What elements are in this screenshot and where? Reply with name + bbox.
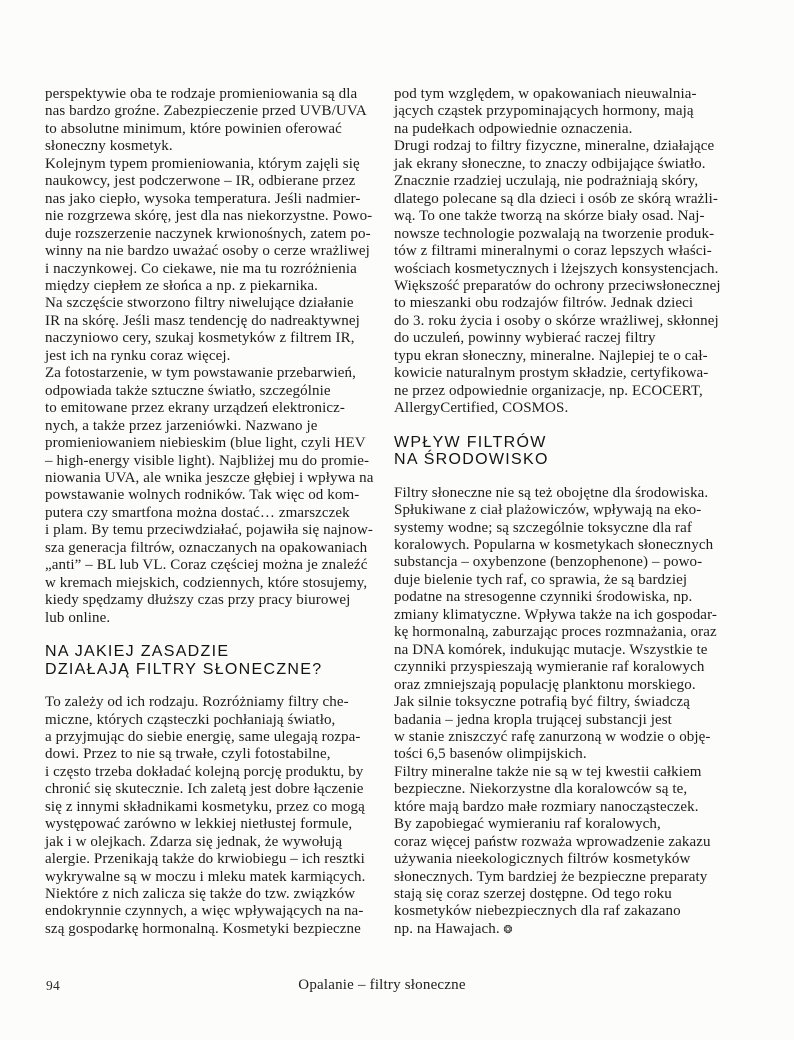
body-text-line: nych, a także przez jarzeniówki. Nazwano… — [45, 418, 393, 435]
section-heading: WPŁYW FILTRÓWNA ŚRODOWISKO — [394, 434, 762, 469]
body-text-line: Znacznie rzadziej uczulają, nie podrażni… — [394, 173, 762, 190]
body-text-line: jak ekrany słoneczne, to znaczy odbijają… — [394, 156, 762, 173]
body-text-line: Filtry słoneczne nie są też obojętne dla… — [394, 485, 762, 502]
body-text-line: wościach kosmetycznych i lżejszych konsy… — [394, 261, 762, 278]
body-text-line: i naczynkowej. Co ciekawe, nie ma tu roz… — [45, 261, 393, 278]
body-text-line: ne przez odpowiednie organizacje, np. EC… — [394, 383, 762, 400]
body-text-line: chronić się skutecznie. Ich zaletą jest … — [45, 781, 393, 798]
body-text-line: By zapobiegać wymieraniu raf koralowych, — [394, 816, 762, 833]
body-text-line: to mieszanki obu rodzajów filtrów. Jedna… — [394, 295, 762, 312]
body-text-line: niowania UVA, ale wnika jeszcze głębiej … — [45, 470, 393, 487]
paragraph: To zależy od ich rodzaju. Rozróżniamy fi… — [45, 694, 393, 938]
body-text-line: to absolutne minimum, które powinien ofe… — [45, 121, 393, 138]
body-text-line: stają się coraz szerzej dostępne. Od teg… — [394, 886, 762, 903]
body-text-line: to emitowane przez ekrany urządzeń elekt… — [45, 400, 393, 417]
body-text-line: na DNA komórek, indukując mutacje. Wszys… — [394, 642, 762, 659]
right-column: pod tym względem, w opakowaniach nieuwal… — [394, 86, 762, 938]
body-text-line: kosmetyków niebezpiecznych dla raf zakaz… — [394, 903, 762, 920]
end-of-article-icon: ❂ — [500, 923, 513, 936]
paragraph: perspektywie oba te rodzaje promieniowan… — [45, 86, 393, 627]
body-text-line: Jak silnie toksyczne potrafią być filtry… — [394, 694, 762, 711]
body-text-line: Filtry mineralne także nie są w tej kwes… — [394, 764, 762, 781]
body-text-line: podatne na stresogenne czynniki środowis… — [394, 589, 762, 606]
body-text-line: między ciepłem ze słońca a np. z piekarn… — [45, 278, 393, 295]
body-text-line: nas bardzo groźne. Zabezpieczenie przed … — [45, 103, 393, 120]
body-text-line: endokrynnie czynnych, a więc wpływającyc… — [45, 903, 393, 920]
body-text-line: badania – jedna kropla trującej substanc… — [394, 712, 762, 729]
body-text-line: pod tym względem, w opakowaniach nieuwal… — [394, 86, 762, 103]
body-text-line: i często trzeba dokładać kolejną porcję … — [45, 764, 393, 781]
paragraph: Filtry słoneczne nie są też obojętne dla… — [394, 485, 762, 939]
left-column: perspektywie oba te rodzaje promieniowan… — [45, 86, 393, 938]
body-text-line: AllergyCertified, COSMOS. — [394, 400, 762, 417]
body-text-line: nowsze technologie pozwalają na tworzeni… — [394, 226, 762, 243]
body-text-line: słonecznych. Tym bardziej że bezpieczne … — [394, 869, 762, 886]
section-heading: NA JAKIEJ ZASADZIEDZIAŁAJĄ FILTRY SŁONEC… — [45, 643, 393, 678]
body-text-line: które mają bardzo małe rozmiary nanocząs… — [394, 799, 762, 816]
body-text-line: tów z filtrami mineralnymi o coraz lepsz… — [394, 243, 762, 260]
body-text-line: wykrywalne są w moczu i mleku matek karm… — [45, 869, 393, 886]
body-text-line: i plam. By temu przeciwdziałać, pojawiła… — [45, 522, 393, 539]
body-text-line: jest ich na rynku coraz więcej. — [45, 348, 393, 365]
body-text-line: odpowiada także sztuczne światło, szczeg… — [45, 383, 393, 400]
section-heading-line: NA ŚRODOWISKO — [394, 451, 762, 469]
section-heading-line: NA JAKIEJ ZASADZIE — [45, 643, 393, 661]
body-text-line: nas jako ciepło, wysoka temperatura. Jeś… — [45, 191, 393, 208]
body-text-line: Drugi rodzaj to filtry fizyczne, mineral… — [394, 138, 762, 155]
body-text-line: Większość preparatów do ochrony przeciws… — [394, 278, 762, 295]
body-text-line: „anti” – BL lub VL. Coraz częściej można… — [45, 557, 393, 574]
body-text-line: czynniki przyspieszają wymieranie raf ko… — [394, 659, 762, 676]
body-text-line: duje rozszerzenie naczynek krwionośnych,… — [45, 226, 393, 243]
body-text-line: jących cząstek przypominających hormony,… — [394, 103, 762, 120]
body-text-line: substancja – oxybenzone (benzophenone) –… — [394, 554, 762, 571]
body-text-line: – high-energy visible light). Najbliżej … — [45, 453, 393, 470]
section-heading-line: WPŁYW FILTRÓW — [394, 434, 762, 452]
body-text-line: jak i w olejkach. Zdarza się jednak, że … — [45, 834, 393, 851]
body-text-line: duje bielenie tych raf, co sprawia, że s… — [394, 572, 762, 589]
body-text-line: wą. To one także tworzą na skórze biały … — [394, 208, 762, 225]
footer-section-title: Opalanie – filtry słoneczne — [0, 977, 764, 994]
body-text-line: naukowcy, jest podczerwone – IR, odbiera… — [45, 173, 393, 190]
body-text-line: kę hormonalną, zaburzając proces rozmnaż… — [394, 624, 762, 641]
body-text-line: alergie. Przenikają także do krwiobiegu … — [45, 851, 393, 868]
body-text-line: w kremach miejskich, codziennych, które … — [45, 575, 393, 592]
body-text-line: Za fotostarzenie, w tym powstawanie prze… — [45, 365, 393, 382]
body-text-line: do 3. roku życia i osoby o skórze wrażli… — [394, 313, 762, 330]
body-text-line: tości 6,5 basenów olimpijskich. — [394, 746, 762, 763]
body-text-line: promieniowaniem niebieskim (blue light, … — [45, 435, 393, 452]
paragraph: pod tym względem, w opakowaniach nieuwal… — [394, 86, 762, 418]
body-text-line: miczne, których cząsteczki pochłaniają ś… — [45, 712, 393, 729]
body-text-line: lub online. — [45, 610, 393, 627]
body-text-line: np. na Hawajach. ❂ — [394, 921, 762, 938]
body-text-line: zmiany klimatyczne. Wpływa także na ich … — [394, 607, 762, 624]
body-text-line: się z innymi składnikami kosmetyku, prze… — [45, 799, 393, 816]
body-text-line: powstawanie wolnych rodników. Tak więc o… — [45, 487, 393, 504]
body-text-line: perspektywie oba te rodzaje promieniowan… — [45, 86, 393, 103]
body-text-line: oraz zmniejszają populację planktonu mor… — [394, 677, 762, 694]
body-text-line: coraz więcej państw rozważa wprowadzenie… — [394, 834, 762, 851]
body-text-line: a przyjmując do siebie energię, same ule… — [45, 729, 393, 746]
body-text-line: słoneczny kosmetyk. — [45, 138, 393, 155]
body-text-line: putera czy smartfona można dostać… zmars… — [45, 505, 393, 522]
body-text-line: występować zarówno w lekkiej nietłustej … — [45, 816, 393, 833]
body-text-line: Na szczęście stworzono filtry niwelujące… — [45, 295, 393, 312]
body-text-line: Kolejnym typem promieniowania, którym za… — [45, 156, 393, 173]
body-text-line: systemy wodne; są szczególnie toksyczne … — [394, 520, 762, 537]
body-text-line: Niektóre z nich zalicza się także do tzw… — [45, 886, 393, 903]
body-text-line: sza generacja filtrów, oznaczanych na op… — [45, 540, 393, 557]
body-text-line: To zależy od ich rodzaju. Rozróżniamy fi… — [45, 694, 393, 711]
body-text-line: nie rozgrzewa skórę, jest dla nas niekor… — [45, 208, 393, 225]
magazine-page: perspektywie oba te rodzaje promieniowan… — [0, 0, 794, 1040]
body-text-line: IR na skórę. Jeśli masz tendencję do nad… — [45, 313, 393, 330]
body-text-line: dowi. Przez to nie są trwałe, czyli foto… — [45, 746, 393, 763]
body-text-line: typu ekran słoneczny, mineralne. Najlepi… — [394, 348, 762, 365]
body-text-line: koralowych. Popularna w kosmetykach słon… — [394, 537, 762, 554]
body-text-line: kiedy spędzamy dłuższy czas przy pracy b… — [45, 592, 393, 609]
body-text-line: Spłukiwane z ciał plażowiczów, wpływają … — [394, 502, 762, 519]
body-text-line: winny na nie bardzo uważać osoby o cerze… — [45, 243, 393, 260]
body-text-line: używania nieekologicznych filtrów kosmet… — [394, 851, 762, 868]
body-text-line: szą gospodarkę hormonalną. Kosmetyki bez… — [45, 921, 393, 938]
body-text-line: kowicie naturalnym prostym składzie, cer… — [394, 365, 762, 382]
body-text-line: naczyniowo cery, szukaj kosmetyków z fil… — [45, 330, 393, 347]
body-text-line: do uczuleń, powinny wybierać raczej filt… — [394, 330, 762, 347]
body-text-line: w stanie zniszczyć rafę zanurzoną w wodz… — [394, 729, 762, 746]
body-text-line: bezpieczne. Niekorzystne dla koralowców … — [394, 781, 762, 798]
body-text-line: na pudełkach odpowiednie oznaczenia. — [394, 121, 762, 138]
body-text-line: dlatego polecane są dla dzieci i osób ze… — [394, 191, 762, 208]
section-heading-line: DZIAŁAJĄ FILTRY SŁONECZNE? — [45, 661, 393, 679]
